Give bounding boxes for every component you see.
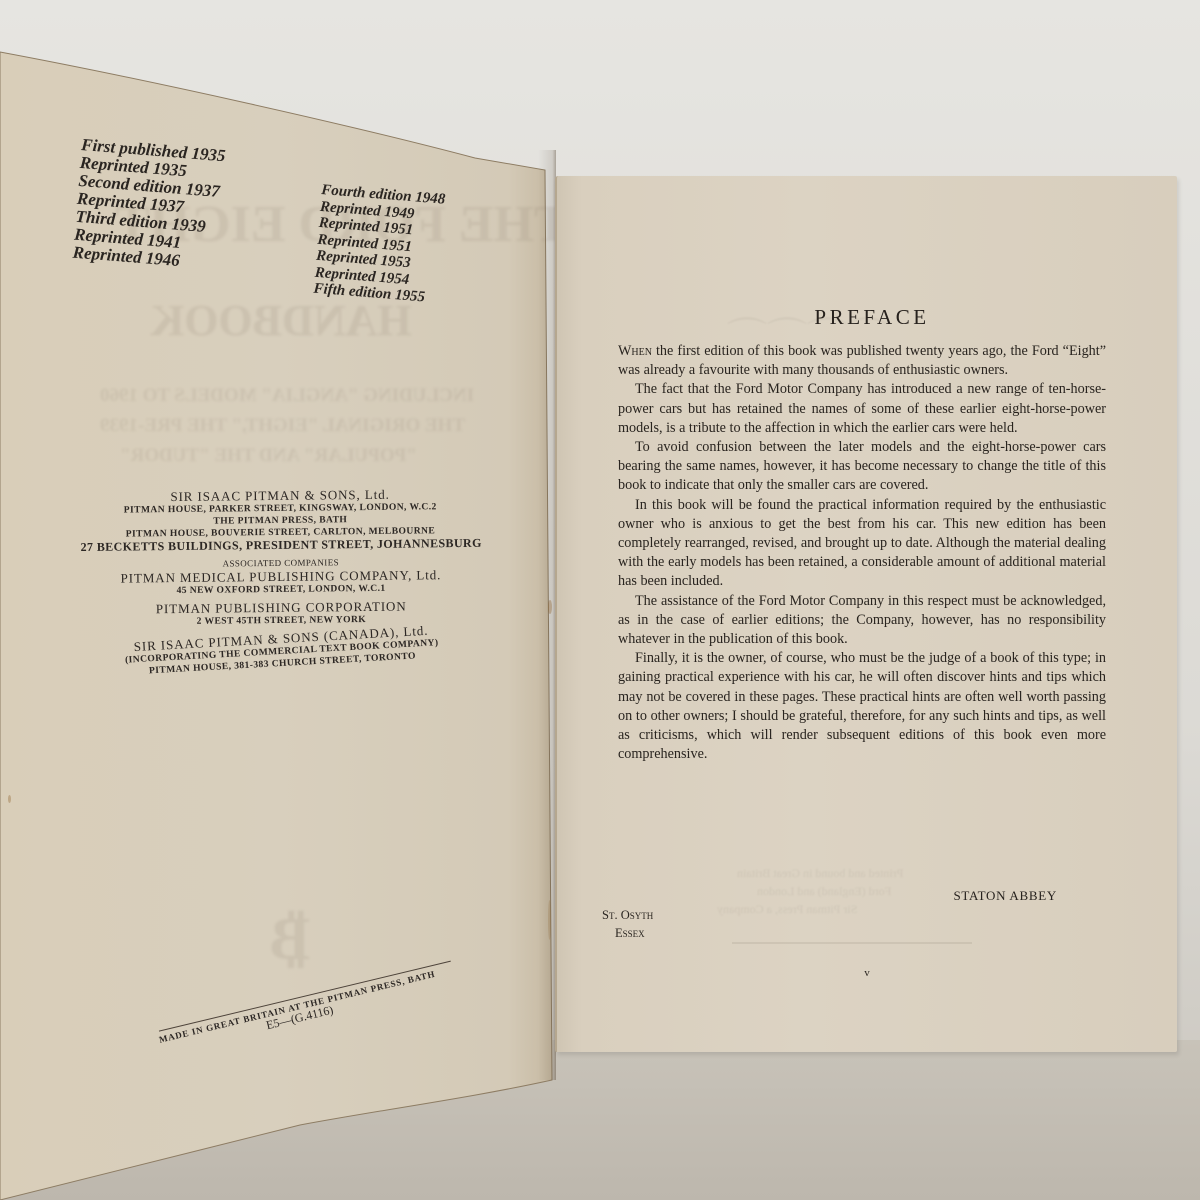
- preface-paragraph: The fact that the Ford Motor Company has…: [618, 380, 1106, 438]
- page-number: v: [557, 967, 1177, 979]
- right-page: ⌒⌒⌒⌒ Printed and bound in Great Britain …: [555, 176, 1177, 1052]
- paragraph-lead: When: [618, 343, 652, 359]
- show-through-text: Ford (England) and London: [757, 884, 891, 899]
- preface-body: When the first edition of this book was …: [618, 342, 1106, 764]
- page-title: PREFACE: [557, 305, 1177, 330]
- show-through-text: Printed and bound in Great Britain: [737, 866, 903, 881]
- preface-paragraph: In this book will be found the practical…: [618, 496, 1106, 592]
- author-location: St. Osyth Essex: [602, 906, 653, 942]
- location-line: Essex: [602, 924, 653, 942]
- show-through-rule: [732, 942, 972, 944]
- author-signature: STATON ABBEY: [953, 888, 1057, 904]
- left-page: [0, 0, 560, 1200]
- spine-shadow: [538, 150, 556, 1080]
- show-through-text: Sir Pitman Press, a Company: [717, 902, 857, 917]
- location-line: St. Osyth: [602, 906, 653, 924]
- preface-paragraph: To avoid confusion between the later mod…: [618, 438, 1106, 496]
- preface-paragraph: Finally, it is the owner, of course, who…: [618, 649, 1106, 764]
- preface-paragraph: The assistance of the Ford Motor Company…: [618, 592, 1106, 650]
- preface-paragraph: When the first edition of this book was …: [618, 342, 1106, 380]
